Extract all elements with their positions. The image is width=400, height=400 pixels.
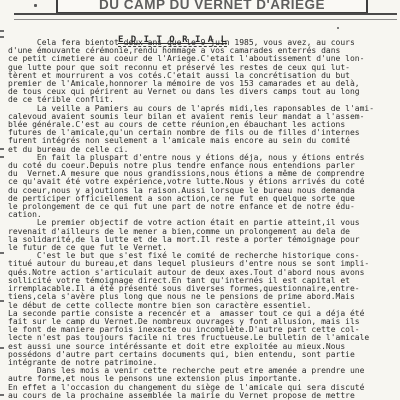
scan-speckle: [337, 27, 339, 29]
scan-edge-mark: [0, 148, 4, 150]
scan-edge-mark: [0, 347, 4, 349]
scan-edge-mark: [0, 30, 4, 32]
letterhead-box: DU CAMP DU VERNET D'ARIÈGE: [56, 0, 368, 14]
scan-edge-mark: [0, 156, 4, 158]
scanned-document-page: DU CAMP DU VERNET D'ARIÈGE E D I T O R I…: [0, 0, 400, 400]
scan-speckle: [34, 4, 37, 7]
letterhead-rule: [14, 13, 397, 20]
body-text: Cela fera bientot deux ans que le 9 juin…: [8, 39, 394, 400]
scan-edge-mark: [0, 36, 4, 38]
scan-edge-mark: [0, 252, 4, 254]
scan-edge-mark: [0, 300, 4, 302]
letterhead-title: DU CAMP DU VERNET D'ARIÈGE: [99, 0, 325, 12]
scan-edge-mark: [0, 394, 4, 396]
